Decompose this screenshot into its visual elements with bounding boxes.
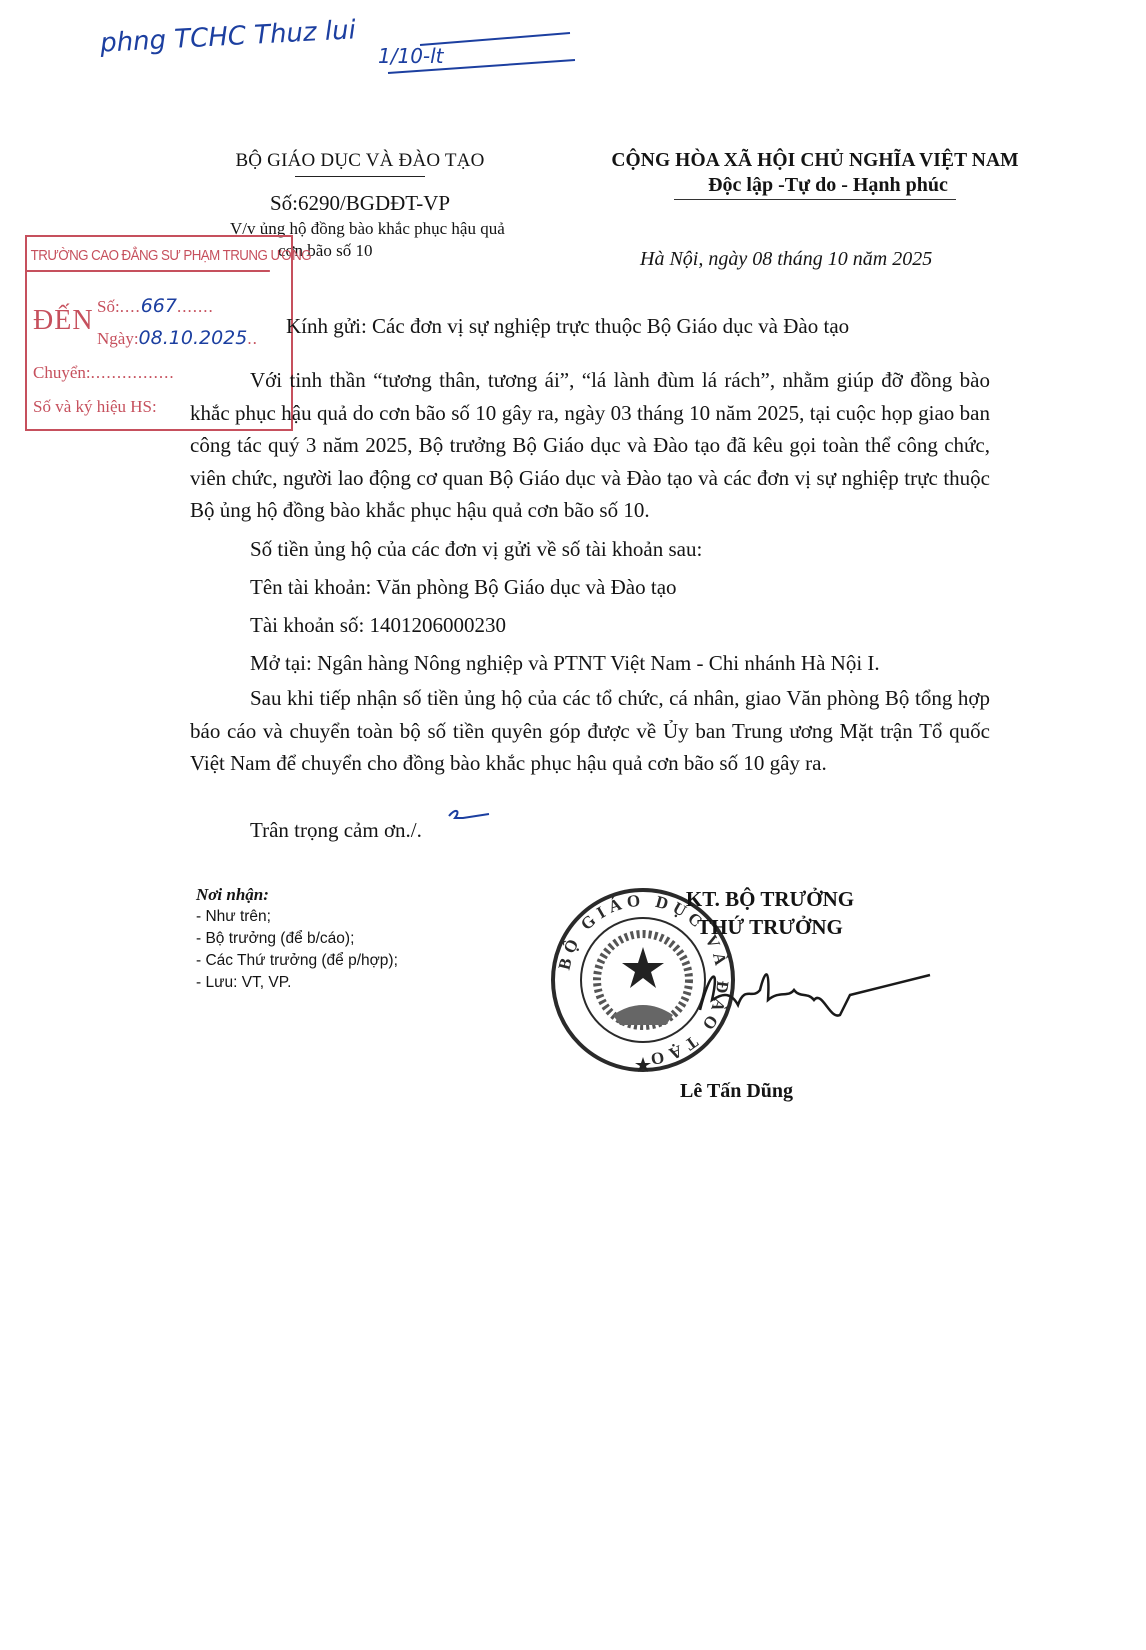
- handwritten-underline: [380, 25, 580, 85]
- issuing-organization: BỘ GIÁO DỤC VÀ ĐÀO TẠO: [170, 150, 550, 172]
- account-name: Tên tài khoản: Văn phòng Bộ Giáo dục và …: [190, 568, 990, 606]
- stamp-file-row: Số và ký hiệu HS:: [33, 397, 157, 417]
- stamp-number-row: Số:....667.......: [97, 295, 214, 317]
- header-right: CỘNG HÒA XÃ HỘI CHỦ NGHĨA VIỆT NAM Độc l…: [580, 150, 1050, 200]
- recipient-item: - Các Thứ trưởng (để p/hợp);: [196, 950, 398, 972]
- stamp-date-value: 08.10.2025: [139, 327, 248, 349]
- account-intro: Số tiền ủng hộ của các đơn vị gửi về số …: [190, 530, 990, 568]
- stamp-den-label: ĐẾN: [33, 305, 94, 337]
- closing: Trân trọng cảm ơn./.: [190, 814, 990, 847]
- place-date: Hà Nội, ngày 08 tháng 10 năm 2025: [640, 248, 932, 271]
- stamp-number-label: Số:: [97, 297, 120, 316]
- account-number: Tài khoản số: 1401206000230: [190, 606, 990, 644]
- recipient-item: - Lưu: VT, VP.: [196, 972, 398, 994]
- stamp-date-label: Ngày:: [97, 329, 139, 348]
- recipient-item: - Như trên;: [196, 906, 398, 928]
- body-paragraph-1: Với tinh thần “tương thân, tương ái”, “l…: [190, 364, 990, 527]
- signature-title-2: THỨ TRƯỞNG: [650, 913, 890, 941]
- divider: [295, 176, 425, 177]
- initial-mark: [445, 808, 495, 828]
- stamp-transfer-row: Chuyển:................: [33, 363, 175, 383]
- recipients-block: Nơi nhận: - Như trên; - Bộ trưởng (để b/…: [196, 884, 398, 994]
- body-paragraph-2: Sau khi tiếp nhận số tiền ủng hộ của các…: [190, 682, 990, 780]
- stamp-date-row: Ngày:08.10.2025..: [97, 327, 258, 349]
- national-title: CỘNG HÒA XÃ HỘI CHỦ NGHĨA VIỆT NAM: [580, 150, 1050, 172]
- stamp-school-name: TRƯỜNG CAO ĐẲNG SƯ PHẠM TRUNG ƯƠNG: [27, 237, 270, 272]
- stamp-file-label: Số và ký hiệu HS:: [33, 397, 157, 416]
- stamp-number-value: 667: [141, 295, 177, 317]
- closing-line: Trân trọng cảm ơn./.: [190, 814, 990, 847]
- signature-title-1: KT. BỘ TRƯỞNG: [650, 885, 890, 913]
- handwritten-note: phng TCHC Thuz lui: [99, 15, 356, 58]
- stamp-transfer-label: Chuyển:: [33, 363, 91, 382]
- document-number: Số:6290/BGDĐT-VP: [170, 191, 550, 216]
- national-motto: Độc lập -Tự do - Hạnh phúc: [674, 174, 956, 200]
- bank-name: Mở tại: Ngân hàng Nông nghiệp và PTNT Vi…: [190, 644, 990, 682]
- account-section: Số tiền ủng hộ của các đơn vị gửi về số …: [190, 530, 990, 682]
- signer-name: Lê Tấn Dũng: [680, 1080, 793, 1103]
- recipients-title: Nơi nhận:: [196, 884, 398, 906]
- signature-block: KT. BỘ TRƯỞNG THỨ TRƯỞNG: [650, 885, 890, 941]
- recipient-item: - Bộ trưởng (để b/cáo);: [196, 928, 398, 950]
- salutation: Kính gửi: Các đơn vị sự nghiệp trực thuộ…: [286, 310, 1006, 343]
- handwritten-signature: [690, 960, 940, 1030]
